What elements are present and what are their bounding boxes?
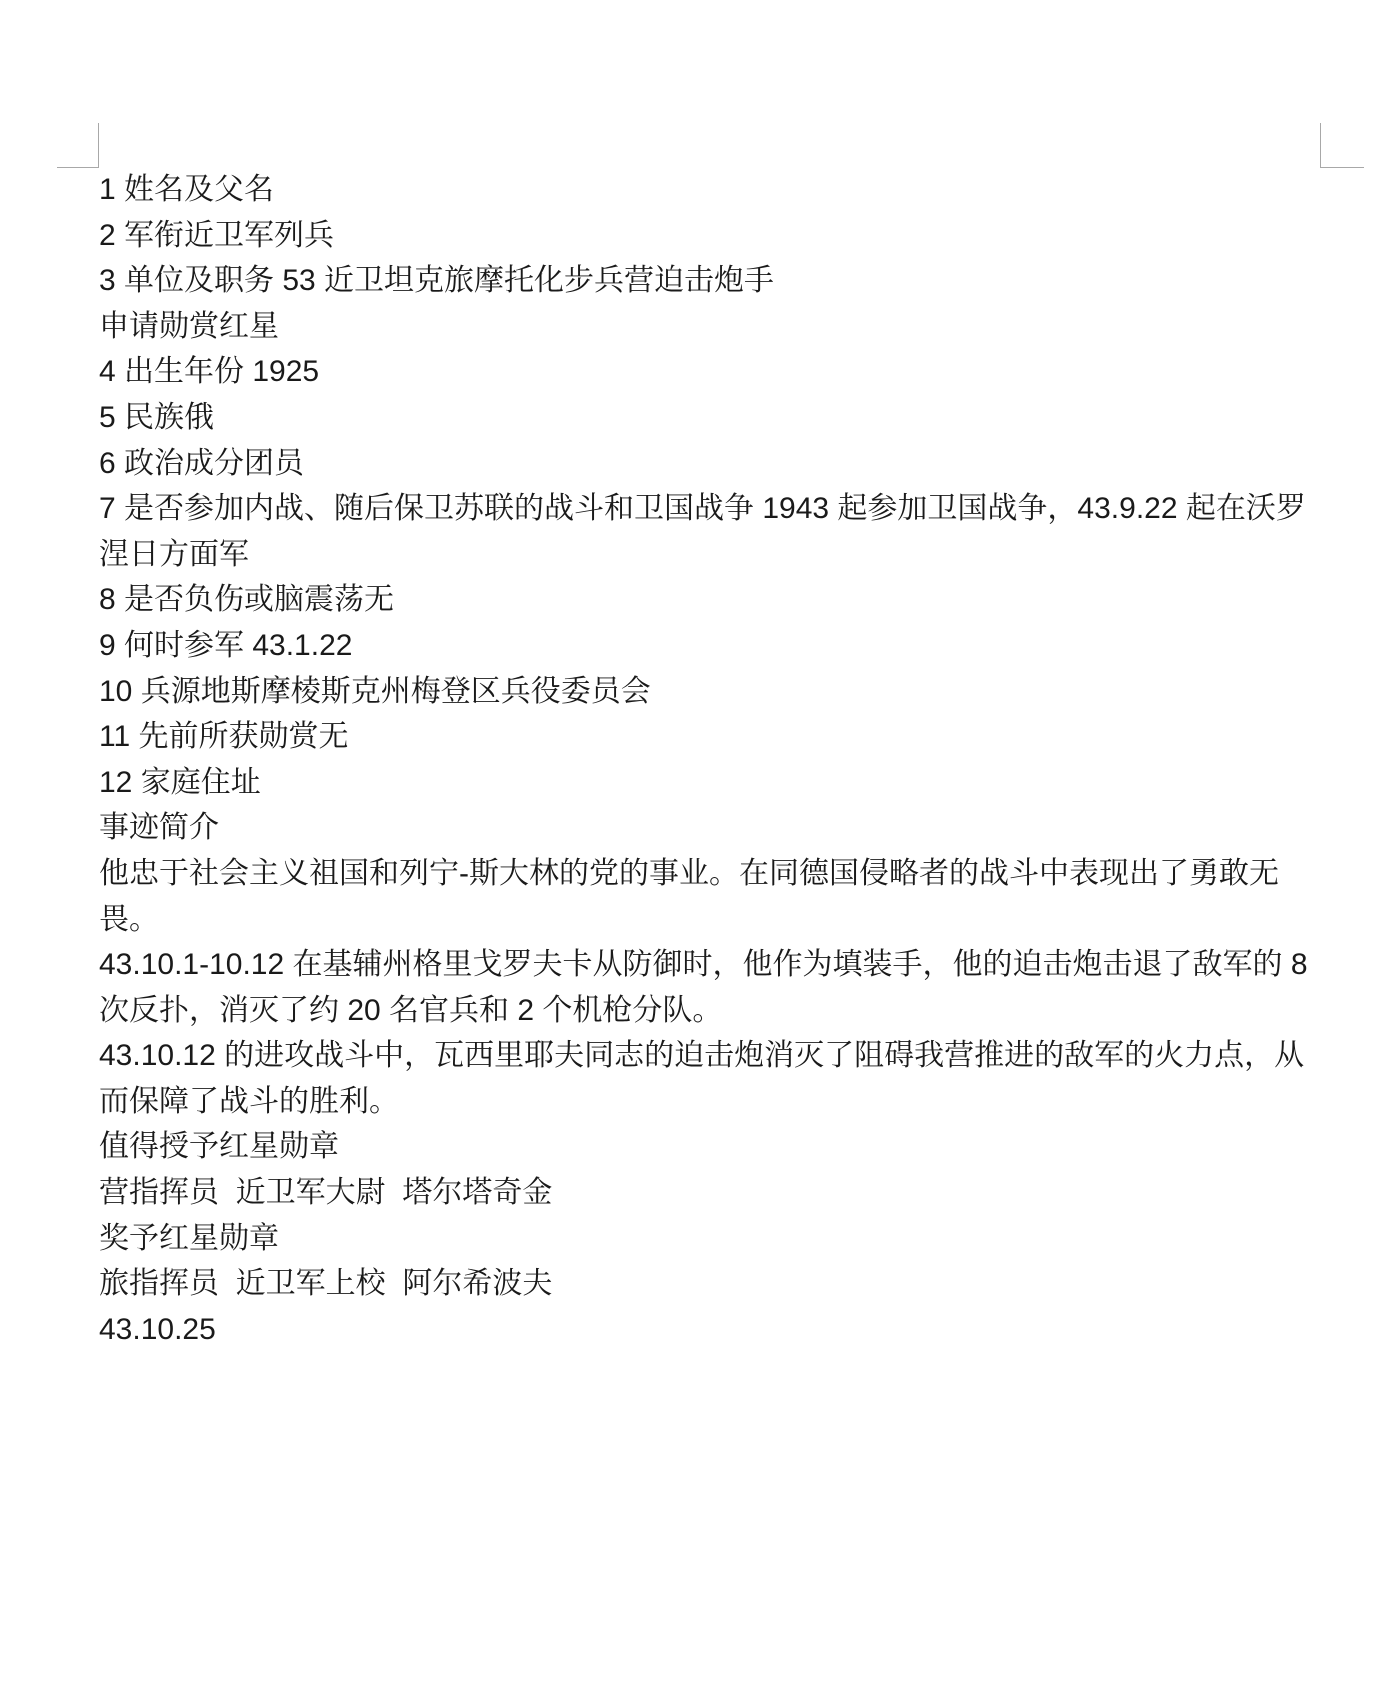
paragraph-enlistment-date-field: 9 何时参军 43.1.22 [99,623,1321,669]
paragraph-rank-field: 2 军衔近卫军列兵 [99,213,1321,259]
paragraph-merit-offense-action: 43.10.12 的进攻战斗中，瓦西里耶夫同志的迫击炮消灭了阻碍我营推进的敌军的… [99,1033,1321,1124]
text-boundary-mark-top-right [1320,123,1364,168]
paragraph-wounds-field: 8 是否负伤或脑震荡无 [99,577,1321,623]
paragraph-award-requested: 申请勋赏红星 [99,304,1321,350]
document-page: 1 姓名及父名 2 军衔近卫军列兵 3 单位及职务 53 近卫坦克旅摩托化步兵营… [0,0,1400,1681]
paragraph-political-status-field: 6 政治成分团员 [99,441,1321,487]
document-text-body: 1 姓名及父名 2 军衔近卫军列兵 3 单位及职务 53 近卫坦克旅摩托化步兵营… [99,167,1321,1352]
paragraph-merit-intro: 他忠于社会主义祖国和列宁-斯大林的党的事业。在同德国侵略者的战斗中表现出了勇敢无… [99,851,1321,942]
paragraph-battalion-commander-signature: 营指挥员 近卫军大尉 塔尔塔奇金 [99,1170,1321,1216]
paragraph-name-field: 1 姓名及父名 [99,167,1321,213]
paragraph-brigade-commander-signature: 旅指挥员 近卫军上校 阿尔希波夫 [99,1261,1321,1307]
paragraph-merit-defense-action: 43.10.1-10.12 在基辅州格里戈罗夫卡从防御时，他作为填装手，他的迫击… [99,942,1321,1033]
paragraph-date: 43.10.25 [99,1307,1321,1353]
paragraph-unit-position-field: 3 单位及职务 53 近卫坦克旅摩托化步兵营迫击炮手 [99,258,1321,304]
text-boundary-mark-top-left [57,123,99,168]
paragraph-birth-year-field: 4 出生年份 1925 [99,349,1321,395]
paragraph-recruitment-office-field: 10 兵源地斯摩棱斯克州梅登区兵役委员会 [99,669,1321,715]
paragraph-war-participation-field: 7 是否参加内战、随后保卫苏联的战斗和卫国战争 1943 起参加卫国战争，43.… [99,486,1321,577]
paragraph-merit-summary-heading: 事迹简介 [99,805,1321,851]
paragraph-award-decision: 奖予红星勋章 [99,1216,1321,1262]
paragraph-previous-awards-field: 11 先前所获勋赏无 [99,714,1321,760]
paragraph-award-recommendation: 值得授予红星勋章 [99,1124,1321,1170]
paragraph-home-address-field: 12 家庭住址 [99,760,1321,806]
paragraph-ethnicity-field: 5 民族俄 [99,395,1321,441]
